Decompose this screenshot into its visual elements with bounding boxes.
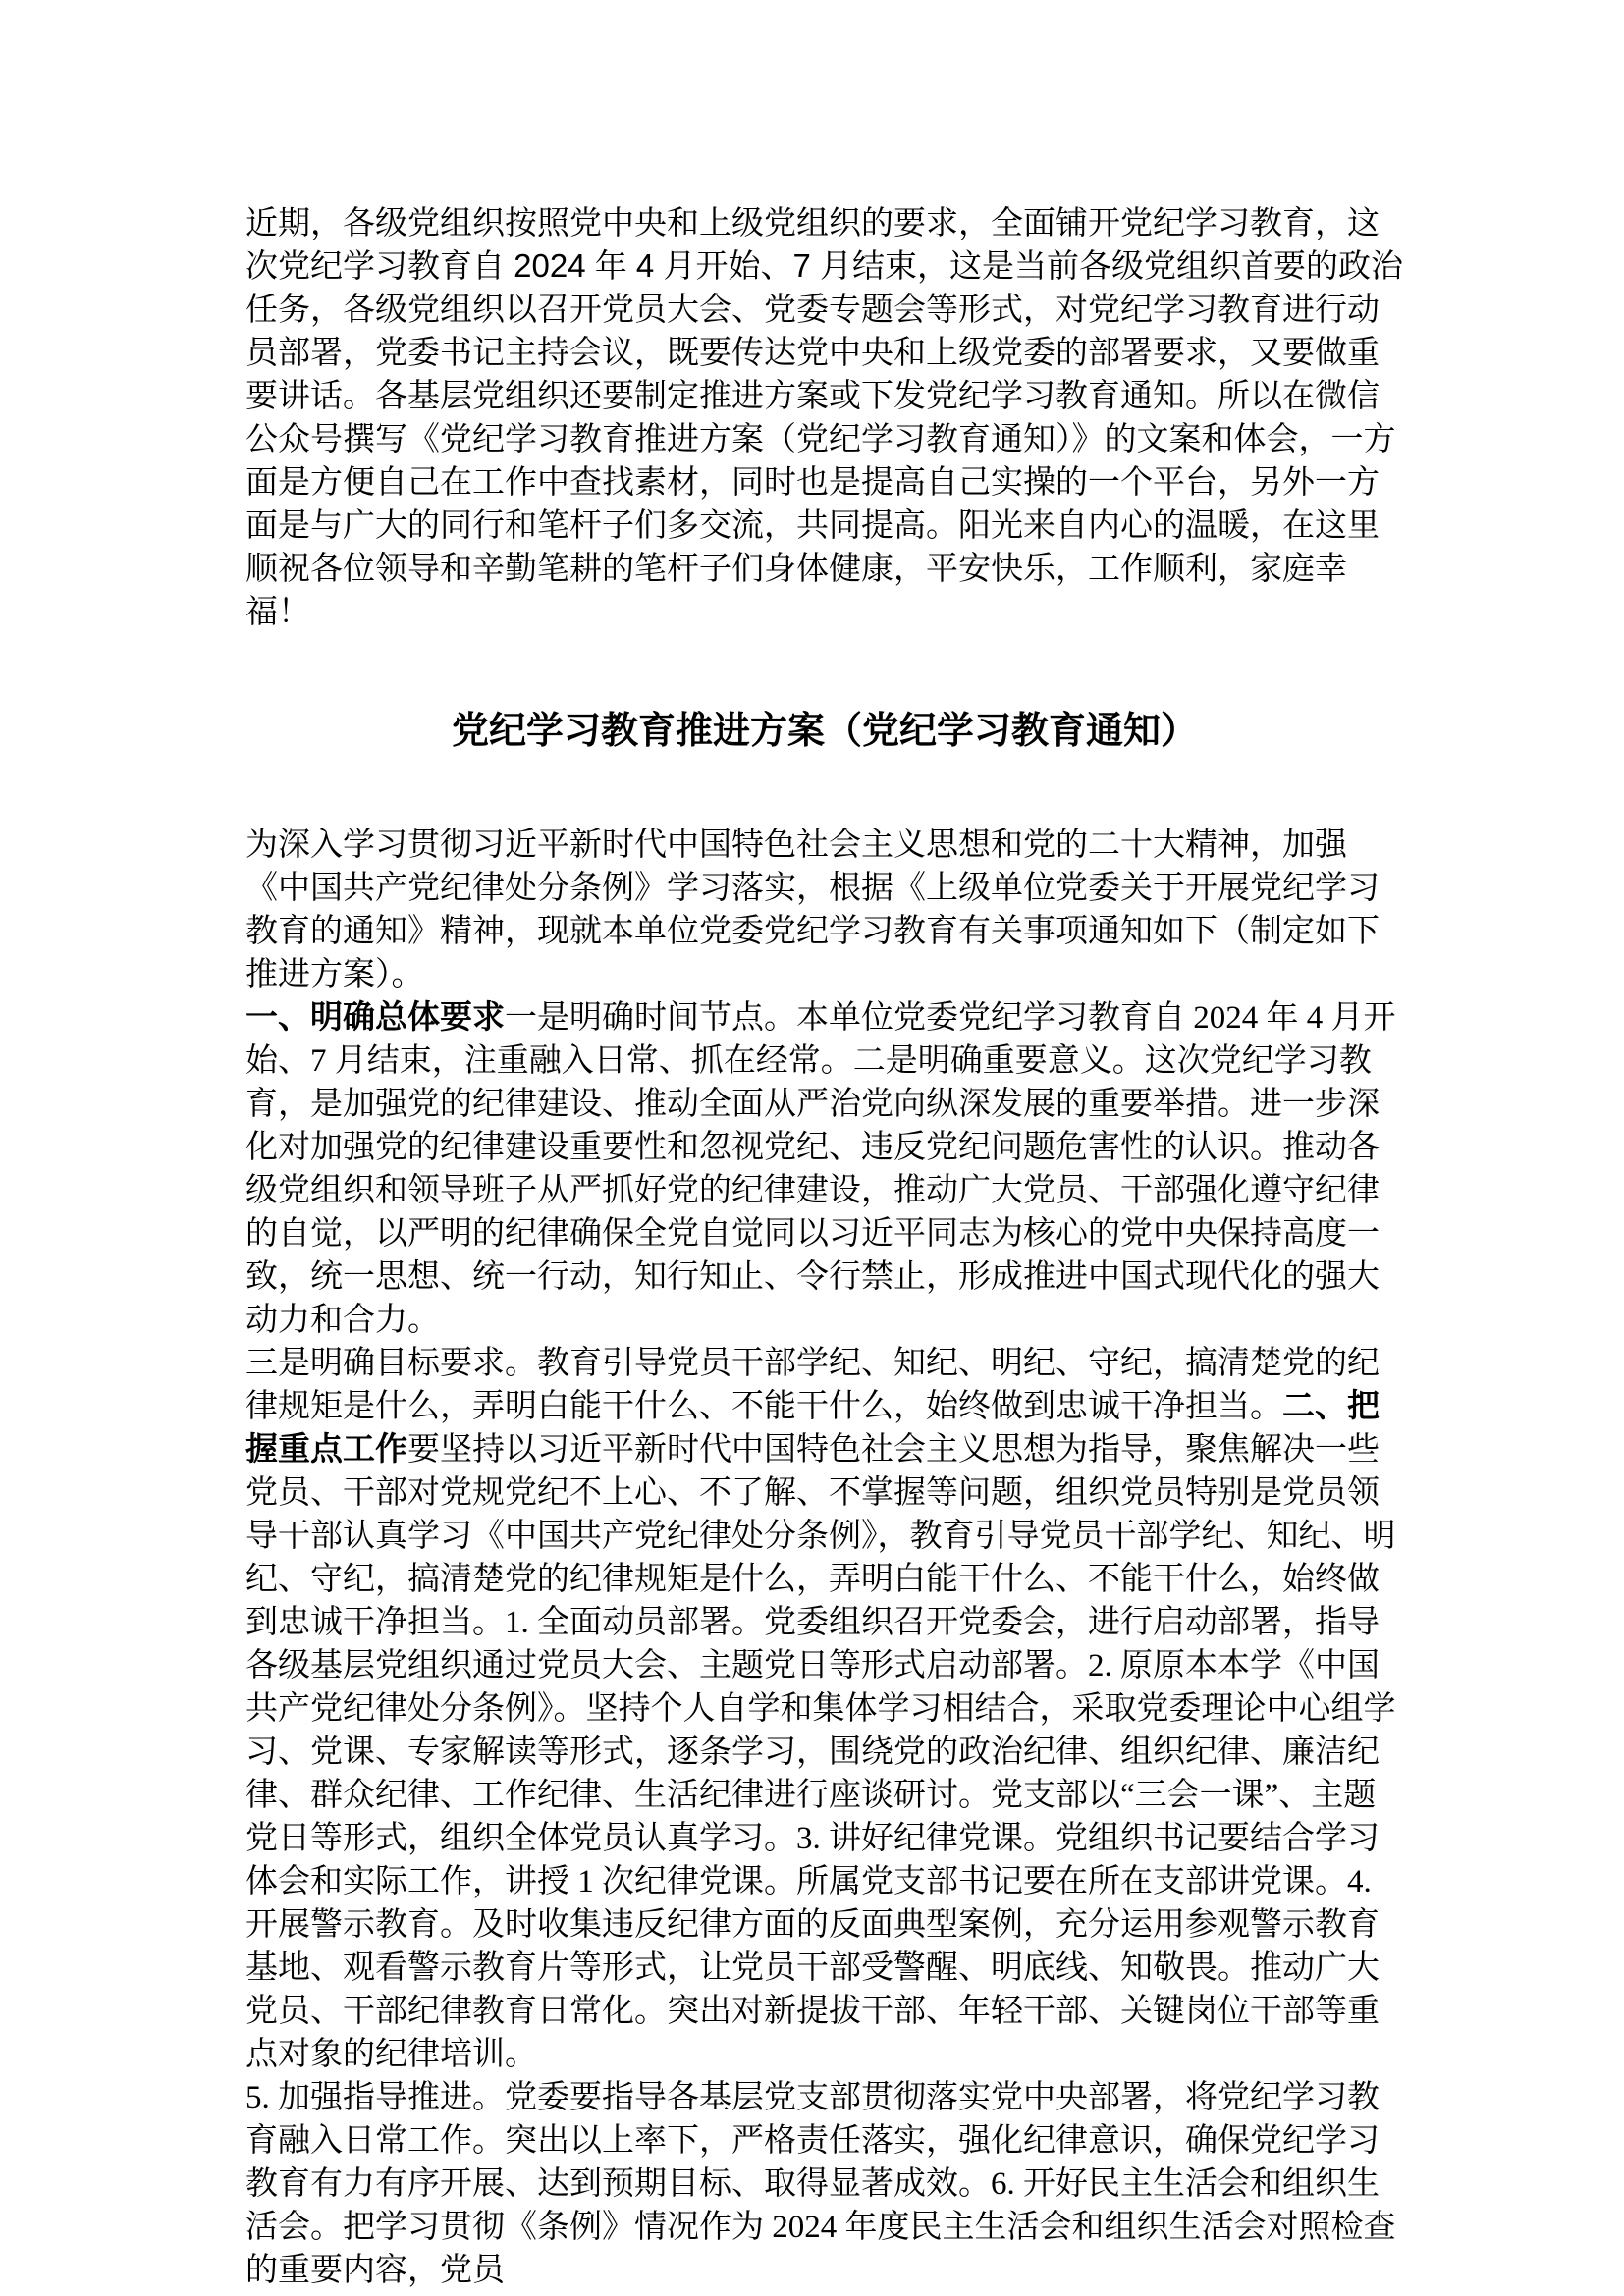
text-run: 一是明确时间节点。本单位党委党纪学习教育自 2024 年 4 月开始、7 月结束…: [245, 1000, 1396, 1338]
intro-paragraph: 近期，各级党组织按照党中央和上级党组织的要求，全面铺开党纪学习教育，这次党纪学习…: [245, 201, 1404, 633]
document-body: 为深入学习贯彻习近平新时代中国特色社会主义思想和党的二十大精神，加强《中国共产党…: [245, 824, 1404, 2292]
section-1-heading-run: 一、明确总体要求: [245, 1000, 505, 1036]
body-paragraph-preamble: 为深入学习贯彻习近平新时代中国特色社会主义思想和党的二十大精神，加强《中国共产党…: [245, 824, 1404, 996]
body-paragraph-section-1: 一、明确总体要求一是明确时间节点。本单位党委党纪学习教育自 2024 年 4 月…: [245, 996, 1404, 1342]
text-run: 三是明确目标要求。教育引导党员干部学纪、知纪、明纪、守纪，搞清楚党的纪律规矩是什…: [245, 1346, 1380, 1424]
text-run: 为深入学习贯彻习近平新时代中国特色社会主义思想和党的二十大精神，加强《中国共产党…: [245, 828, 1380, 992]
body-paragraph-section-3: 5. 加强指导推进。党委要指导各基层党支部贯彻落实党中央部署，将党纪学习教育融入…: [245, 2076, 1404, 2292]
body-paragraph-section-2: 三是明确目标要求。教育引导党员干部学纪、知纪、明纪、守纪，搞清楚党的纪律规矩是什…: [245, 1342, 1404, 2076]
text-run: 5. 加强指导推进。党委要指导各基层党支部贯彻落实党中央部署，将党纪学习教育融入…: [245, 2080, 1396, 2288]
document-title: 党纪学习教育推进方案（党纪学习教育通知）: [245, 708, 1404, 755]
text-run: 要坚持以习近平新时代中国特色社会主义思想为指导，聚焦解决一些党员、干部对党规党纪…: [245, 1432, 1396, 2072]
document-page: 近期，各级党组织按照党中央和上级党组织的要求，全面铺开党纪学习教育，这次党纪学习…: [0, 0, 1624, 2296]
